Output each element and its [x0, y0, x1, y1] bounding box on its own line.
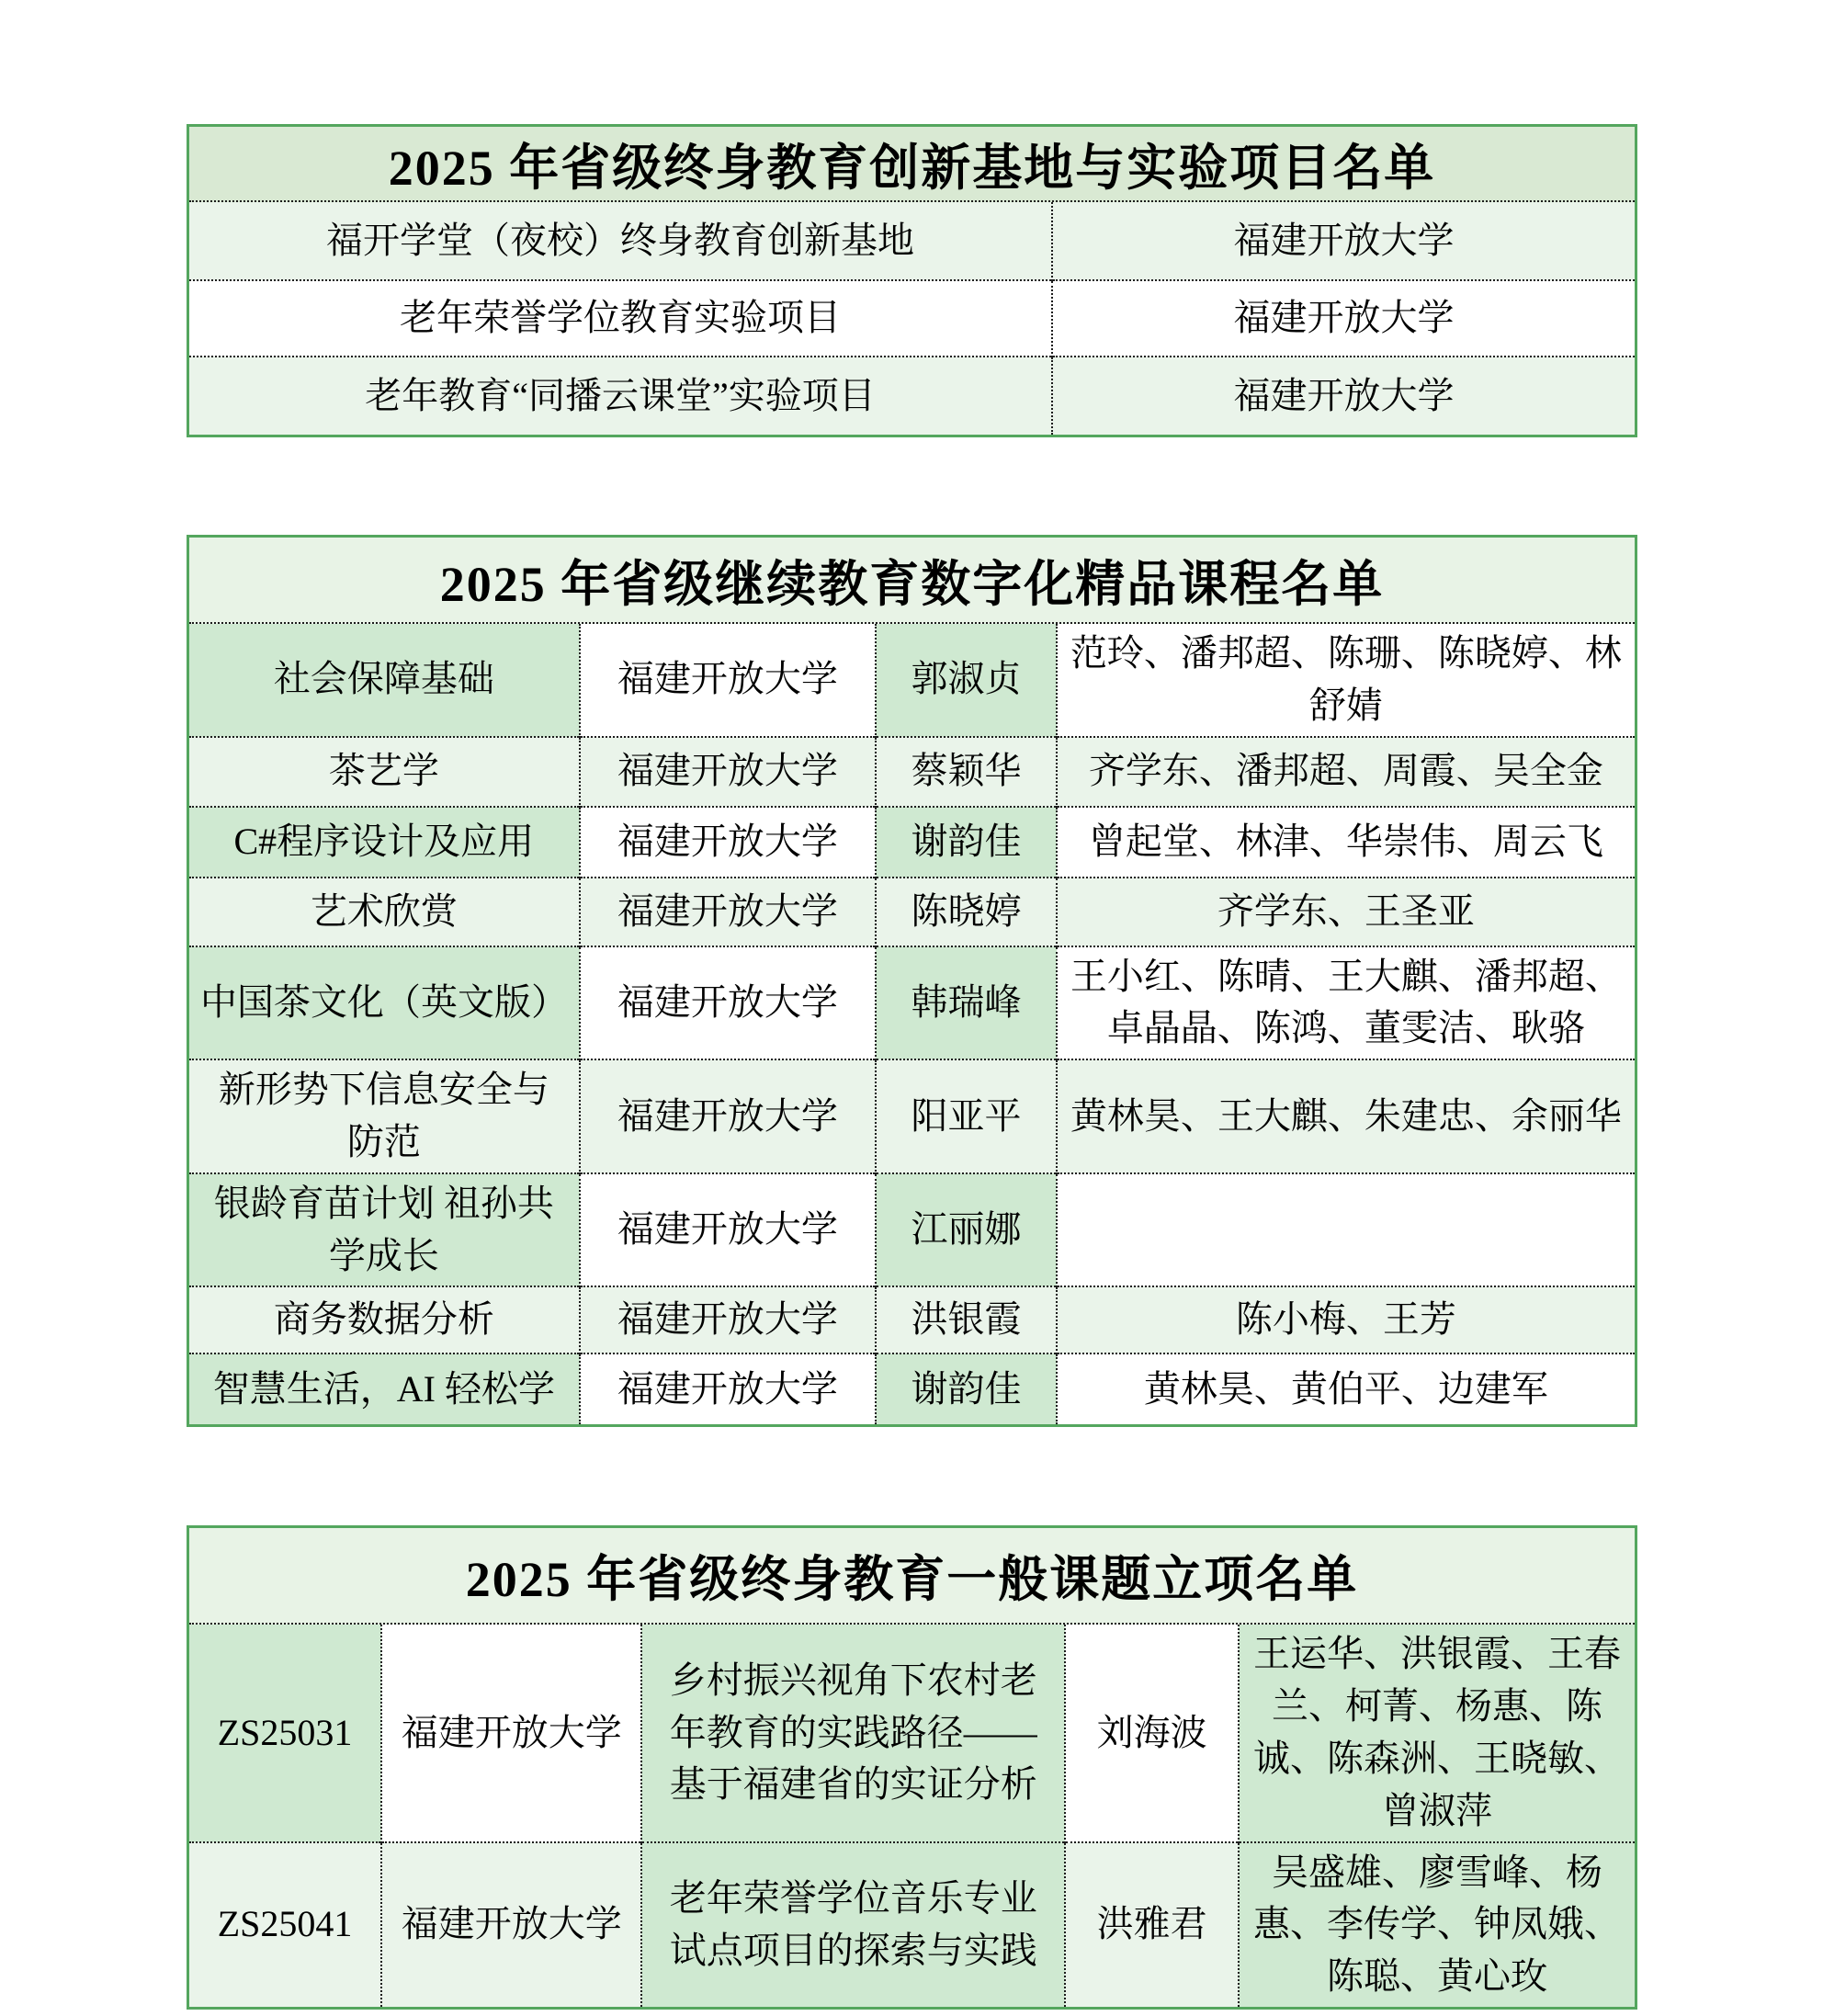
table-row: ZS25031福建开放大学乡村振兴视角下农村老年教育的实践路径——基于福建省的实… — [189, 1625, 1635, 1841]
table-cell — [1057, 1173, 1635, 1287]
table-cell: 王运华、洪银霞、王春兰、柯菁、杨惠、陈诚、陈森洲、王晓敏、曾淑萍 — [1239, 1625, 1635, 1841]
table-cell: 韩瑞峰 — [876, 946, 1057, 1060]
table-cell: 福建开放大学 — [580, 1173, 876, 1287]
table-row: 福开学堂（夜校）终身教育创新基地福建开放大学 — [189, 202, 1635, 280]
table-cell: 曾起堂、林津、华崇伟、周云飞 — [1057, 807, 1635, 878]
table-cell: 福建开放大学 — [580, 1353, 876, 1424]
table-cell: 黄林昊、王大麒、朱建忠、余丽华 — [1057, 1059, 1635, 1173]
table-cell: 福建开放大学 — [580, 1286, 876, 1353]
table-cell: ZS25031 — [189, 1625, 381, 1841]
table-row: 茶艺学福建开放大学蔡颖华齐学东、潘邦超、周霞、吴全金 — [189, 737, 1635, 807]
table-title: 2025 年省级终身教育一般课题立项名单 — [189, 1528, 1635, 1625]
table-cell: 齐学东、潘邦超、周霞、吴全金 — [1057, 737, 1635, 807]
table-cell: ZS25041 — [189, 1842, 381, 2007]
table-cell: 郭淑贞 — [876, 624, 1057, 737]
table-cell: 范玲、潘邦超、陈珊、陈晓婷、林舒婧 — [1057, 624, 1635, 737]
table-cell: 福建开放大学 — [580, 878, 876, 946]
table-cell: 福建开放大学 — [580, 807, 876, 878]
table-cell: C#程序设计及应用 — [189, 807, 580, 878]
table-cell: 蔡颖华 — [876, 737, 1057, 807]
table-cell: 福建开放大学 — [1052, 357, 1635, 435]
table-cell: 新形势下信息安全与防范 — [189, 1059, 580, 1173]
table-cell: 老年教育“同播云课堂”实验项目 — [189, 357, 1052, 435]
table-cell: 智慧生活，AI 轻松学 — [189, 1353, 580, 1424]
table-cell: 乡村振兴视角下农村老年教育的实践路径——基于福建省的实证分析 — [641, 1625, 1065, 1841]
table-cell: 齐学东、王圣亚 — [1057, 878, 1635, 946]
table-cell: 银龄育苗计划 祖孙共学成长 — [189, 1173, 580, 1287]
table-cell: 陈小梅、王芳 — [1057, 1286, 1635, 1353]
table-row: 老年荣誉学位教育实验项目福建开放大学 — [189, 280, 1635, 357]
table-title: 2025 年省级终身教育创新基地与实验项目名单 — [189, 127, 1635, 202]
table-section-innovation-bases: 2025 年省级终身教育创新基地与实验项目名单 福开学堂（夜校）终身教育创新基地… — [187, 124, 1637, 437]
table-row: 银龄育苗计划 祖孙共学成长福建开放大学江丽娜 — [189, 1173, 1635, 1287]
table-row: C#程序设计及应用福建开放大学谢韵佳曾起堂、林津、华崇伟、周云飞 — [189, 807, 1635, 878]
table-cell: 洪雅君 — [1065, 1842, 1239, 2007]
table-row: 商务数据分析福建开放大学洪银霞陈小梅、王芳 — [189, 1286, 1635, 1353]
table-cell: 福建开放大学 — [580, 946, 876, 1060]
table-row: 新形势下信息安全与防范福建开放大学阳亚平黄林昊、王大麒、朱建忠、余丽华 — [189, 1059, 1635, 1173]
table-cell: 福建开放大学 — [580, 1059, 876, 1173]
data-table: ZS25031福建开放大学乡村振兴视角下农村老年教育的实践路径——基于福建省的实… — [189, 1625, 1635, 2007]
table-cell: 老年荣誉学位教育实验项目 — [189, 280, 1052, 357]
table-row: 艺术欣赏福建开放大学陈晓婷齐学东、王圣亚 — [189, 878, 1635, 946]
table-cell: 商务数据分析 — [189, 1286, 580, 1353]
table-cell: 洪银霞 — [876, 1286, 1057, 1353]
table-cell: 谢韵佳 — [876, 1353, 1057, 1424]
table-cell: 黄林昊、黄伯平、边建军 — [1057, 1353, 1635, 1424]
table-cell: 老年荣誉学位音乐专业试点项目的探索与实践 — [641, 1842, 1065, 2007]
table-cell: 茶艺学 — [189, 737, 580, 807]
table-cell: 福建开放大学 — [381, 1625, 641, 1841]
table-row: 中国茶文化（英文版）福建开放大学韩瑞峰王小红、陈晴、王大麒、潘邦超、卓晶晶、陈鸿… — [189, 946, 1635, 1060]
table-cell: 福建开放大学 — [381, 1842, 641, 2007]
table-cell: 刘海波 — [1065, 1625, 1239, 1841]
table-cell: 福建开放大学 — [1052, 280, 1635, 357]
table-cell: 王小红、陈晴、王大麒、潘邦超、卓晶晶、陈鸿、董雯洁、耿骆 — [1057, 946, 1635, 1060]
table-cell: 福开学堂（夜校）终身教育创新基地 — [189, 202, 1052, 280]
table-section-general-projects: 2025 年省级终身教育一般课题立项名单 ZS25031福建开放大学乡村振兴视角… — [187, 1525, 1637, 2010]
table-cell: 吴盛雄、廖雪峰、杨惠、李传学、钟凤娥、陈聪、黄心玫 — [1239, 1842, 1635, 2007]
table-cell: 社会保障基础 — [189, 624, 580, 737]
table-cell: 谢韵佳 — [876, 807, 1057, 878]
table-cell: 中国茶文化（英文版） — [189, 946, 580, 1060]
table-row: 社会保障基础福建开放大学郭淑贞范玲、潘邦超、陈珊、陈晓婷、林舒婧 — [189, 624, 1635, 737]
document-page: { "page": { "background": "#ffffff" }, "… — [0, 0, 1823, 2016]
table-cell: 福建开放大学 — [580, 737, 876, 807]
table-row: 智慧生活，AI 轻松学福建开放大学谢韵佳黄林昊、黄伯平、边建军 — [189, 1353, 1635, 1424]
table-row: ZS25041福建开放大学老年荣誉学位音乐专业试点项目的探索与实践洪雅君吴盛雄、… — [189, 1842, 1635, 2007]
data-table: 社会保障基础福建开放大学郭淑贞范玲、潘邦超、陈珊、陈晓婷、林舒婧茶艺学福建开放大… — [189, 624, 1635, 1424]
table-section-digital-courses: 2025 年省级继续教育数字化精品课程名单 社会保障基础福建开放大学郭淑贞范玲、… — [187, 535, 1637, 1427]
table-row: 老年教育“同播云课堂”实验项目福建开放大学 — [189, 357, 1635, 435]
table-cell: 陈晓婷 — [876, 878, 1057, 946]
data-table: 福开学堂（夜校）终身教育创新基地福建开放大学老年荣誉学位教育实验项目福建开放大学… — [189, 202, 1635, 435]
table-cell: 江丽娜 — [876, 1173, 1057, 1287]
table-title: 2025 年省级继续教育数字化精品课程名单 — [189, 538, 1635, 624]
table-cell: 艺术欣赏 — [189, 878, 580, 946]
table-cell: 福建开放大学 — [580, 624, 876, 737]
table-cell: 阳亚平 — [876, 1059, 1057, 1173]
table-cell: 福建开放大学 — [1052, 202, 1635, 280]
